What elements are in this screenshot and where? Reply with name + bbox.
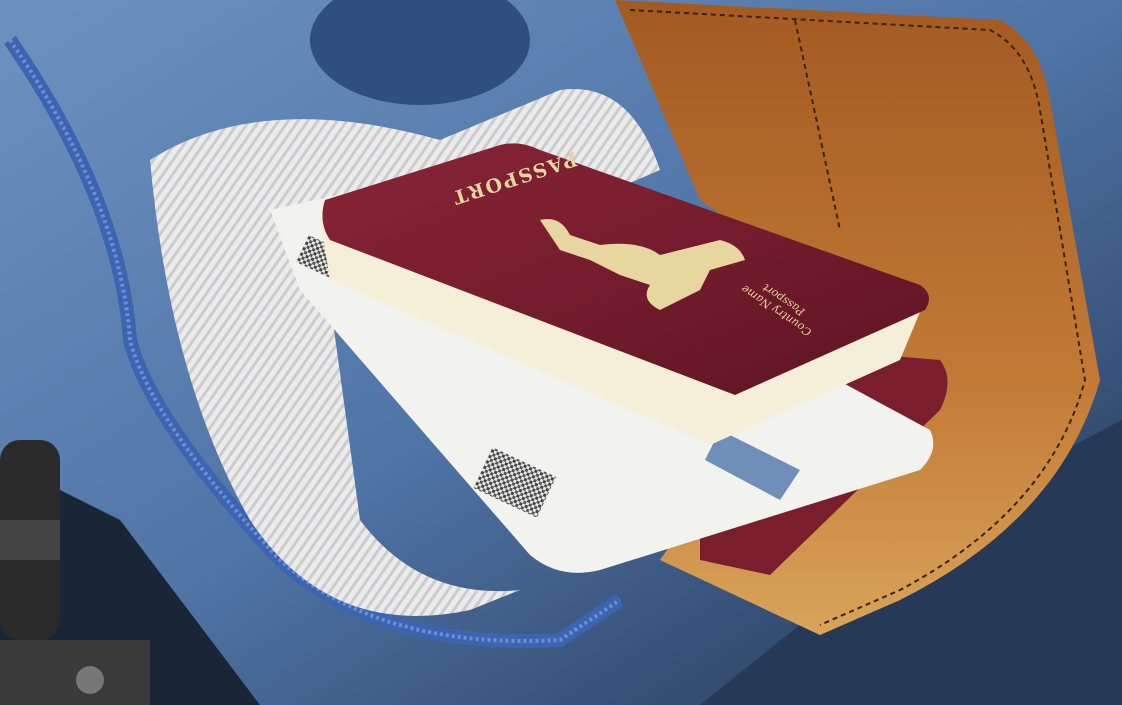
camera-lens-ring [0,520,60,560]
camera-dial [76,666,104,694]
camera-body [0,640,150,705]
scene-illustration [0,0,1122,705]
photo-scene: PASSPORT Country Name Passport [0,0,1122,705]
